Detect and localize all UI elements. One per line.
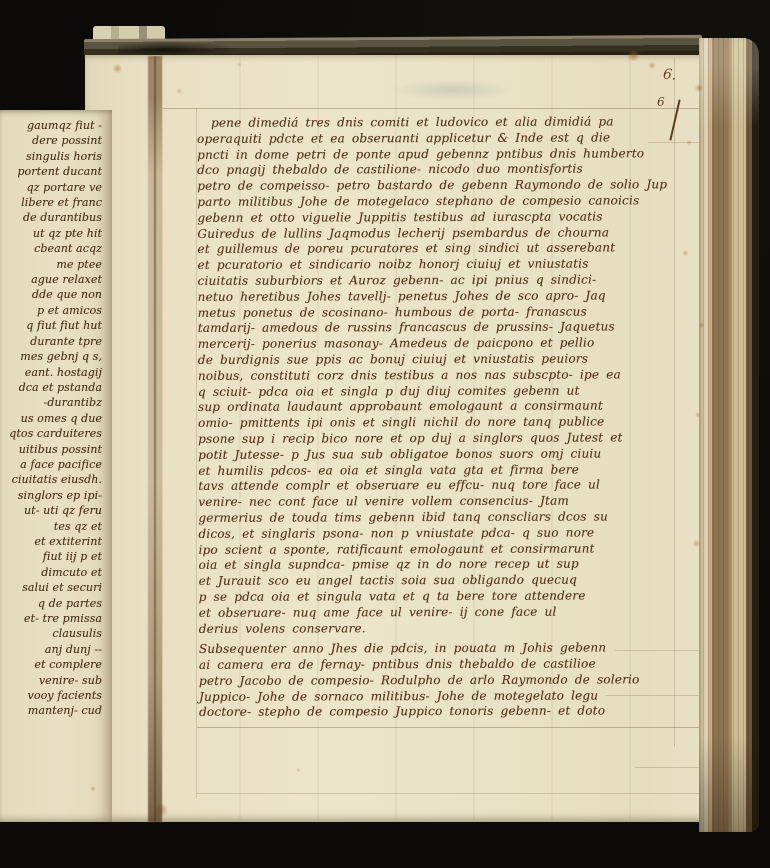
recto-page: 6. 6 pene dimediá tres dnis comiti et lu… bbox=[85, 55, 708, 822]
subsequenter-paragraph: Subsequenter anno Jhes die pdcis, in pou… bbox=[199, 640, 681, 721]
text-line-fragment: dimcuto et bbox=[0, 565, 102, 580]
text-line-fragment: p et amicos bbox=[0, 303, 102, 318]
foxing-spot bbox=[296, 768, 301, 772]
text-line: petro de compeisso- petro bastardo de ge… bbox=[197, 177, 679, 194]
foxing-spot bbox=[648, 62, 656, 69]
text-line-fragment: dere possint bbox=[0, 133, 102, 148]
facing-page-sliver: gaumqz fiut -dere possintsingulis horisp… bbox=[0, 110, 112, 822]
text-line: p se pdca oia et singula vata et q ta be… bbox=[199, 588, 681, 605]
text-line: tamdarij- amedous de russins francascus … bbox=[198, 320, 680, 337]
text-line-fragment: gaumqz fiut - bbox=[0, 118, 102, 133]
folio-number: 6. bbox=[662, 66, 677, 83]
foxing-spot bbox=[112, 64, 123, 73]
text-line-fragment: et complere bbox=[0, 657, 102, 672]
text-line: de burdignis sue ppis ac bonuj ciuiuj et… bbox=[198, 351, 680, 368]
text-line: operaquiti pdcte et ea obseruanti applic… bbox=[197, 130, 679, 147]
text-line-fragment: cbeant acqz bbox=[0, 241, 102, 256]
text-line: germerius de touda tims gebenn ibid tanq… bbox=[198, 509, 680, 526]
text-block: pene dimediá tres dnis comiti et ludovic… bbox=[197, 114, 681, 721]
text-line-fragment: ciuitatis eiusdh. bbox=[0, 472, 102, 487]
text-line-fragment: me ptee bbox=[0, 257, 102, 272]
text-line: q sciuit- pdca oia et singla p duj diuj … bbox=[198, 383, 680, 400]
text-line-fragment: tes qz et bbox=[0, 519, 102, 534]
text-line: netuo heretibus Johes tavellj- penetus J… bbox=[198, 288, 680, 305]
page-stack-streaks bbox=[699, 38, 759, 832]
text-line-fragment: ut qz pte hit bbox=[0, 226, 102, 241]
text-line: psone sup i recip bico nore et op duj a … bbox=[198, 430, 680, 447]
ruling-line-top bbox=[163, 108, 718, 109]
text-line-fragment: us omes q due bbox=[0, 411, 102, 426]
text-line-fragment: de durantibus bbox=[0, 210, 102, 225]
text-line: metus ponetus de scosinano- humbous de p… bbox=[198, 304, 680, 321]
text-line-fragment: a face pacifice bbox=[0, 457, 102, 472]
text-line-fragment: durante tpre bbox=[0, 334, 102, 349]
text-line-fragment: uitibus possint bbox=[0, 442, 102, 457]
text-line: pncti in dome petri de ponte apud gebenn… bbox=[197, 146, 679, 163]
text-line-fragment: portent ducant bbox=[0, 164, 102, 179]
text-line-fragment: qz portare ve bbox=[0, 180, 102, 195]
foxing-spot bbox=[90, 786, 96, 791]
text-line: derius volens conservare. bbox=[199, 620, 681, 637]
text-line: oia et singla supndca- pmise qz in do no… bbox=[198, 556, 680, 573]
text-line: tavs attende complr et obseruare eu effc… bbox=[198, 477, 680, 494]
text-line: et pcuratorio et sindicario noibz honorj… bbox=[197, 256, 679, 273]
text-line-fragment: anj dunj -- bbox=[0, 642, 102, 657]
foxing-spot bbox=[150, 804, 170, 816]
text-line: potit Jutesse- p Jus sua sub obligatoe b… bbox=[198, 446, 680, 463]
text-line-fragment: clausulis bbox=[0, 626, 102, 641]
text-line: venire- nec cont face ul venire vollem c… bbox=[198, 493, 680, 510]
text-line: Guiredus de lullins Jaqmodus lecherij ps… bbox=[197, 225, 679, 242]
text-line: dco pnagij thebaldo de castilione- nicod… bbox=[197, 162, 679, 179]
text-line: petro Jacobo de compesio- Rodulpho de ar… bbox=[199, 672, 681, 689]
text-line-fragment: ague relaxet bbox=[0, 272, 102, 287]
text-line-fragment: dde que non bbox=[0, 287, 102, 302]
text-line: noibus, constituti corz dnis testibus a … bbox=[198, 367, 680, 384]
text-line: ciuitatis suburbiors et Auroz gebenn- ac… bbox=[197, 272, 679, 289]
text-line-fragment: libere et franc bbox=[0, 195, 102, 210]
text-line-fragment: venire- sub bbox=[0, 673, 102, 688]
text-line-fragment: et- tre pmissa bbox=[0, 611, 102, 626]
gutter-fold bbox=[148, 56, 162, 822]
text-line-fragment: salui et securi bbox=[0, 580, 102, 595]
foxing-spot bbox=[626, 50, 641, 61]
foxing-spot bbox=[698, 322, 705, 328]
text-line-fragment: -durantibz bbox=[0, 395, 102, 410]
text-line: Subsequenter anno Jhes die pdcis, in pou… bbox=[199, 640, 681, 657]
foxing-spot bbox=[694, 84, 704, 92]
folio-number-alt: 6 bbox=[657, 95, 665, 109]
ruling-line-foot bbox=[197, 727, 710, 728]
entry-paragraph: pene dimediá tres dnis comiti et ludovic… bbox=[197, 114, 681, 637]
foxing-spot bbox=[176, 88, 183, 94]
foxing-spot bbox=[686, 140, 692, 145]
text-line: et humilis pdcos- ea oia et singla vata … bbox=[198, 462, 680, 479]
text-line-fragment: mantenj- cud bbox=[0, 703, 102, 718]
foxing-spot bbox=[695, 412, 701, 418]
text-line-fragment: ut- uti qz feru bbox=[0, 503, 102, 518]
text-line-fragment: fiut iij p et bbox=[0, 549, 102, 564]
text-line-fragment: vooy facients bbox=[0, 688, 102, 703]
fore-edge bbox=[699, 38, 759, 832]
text-line: pene dimediá tres dnis comiti et ludovic… bbox=[197, 114, 679, 131]
text-line-fragment: q de partes bbox=[0, 596, 102, 611]
text-line-fragment: mes gebnj q s, bbox=[0, 349, 102, 364]
text-line: sup ordinata laudaunt approbaunt emologa… bbox=[198, 399, 680, 416]
text-line: et Jurauit sco eu angel tactis soia sua … bbox=[199, 572, 681, 589]
text-line-fragment: et extiterint bbox=[0, 534, 102, 549]
ink-smudge bbox=[390, 79, 515, 101]
text-line-fragment: q fiut fiut hut bbox=[0, 318, 102, 333]
text-line: Juppico- Johe de sornaco militibus- Johe… bbox=[199, 688, 681, 705]
text-line: et obseruare- nuq ame face ul venire- ij… bbox=[199, 604, 681, 621]
text-line: omio- pmittents ipi onis et singli nichi… bbox=[198, 414, 680, 431]
ruling-line-foot-3 bbox=[197, 793, 712, 794]
foxing-spot bbox=[692, 540, 701, 547]
text-line: parto militibus Johe de motegelaco steph… bbox=[197, 193, 679, 210]
text-line: et guillemus de poreu pcuratores et sing… bbox=[197, 241, 679, 258]
text-line: doctore- stepho de compesio Juppico tono… bbox=[199, 704, 681, 721]
text-line-fragment: eant. hostagij bbox=[0, 365, 102, 380]
text-line-fragment: dca et pstanda bbox=[0, 380, 102, 395]
text-line: mercerij- ponerius masonay- Amedeus de p… bbox=[198, 335, 680, 352]
text-line: ai camera era de fernay- pntibus dnis th… bbox=[199, 656, 681, 673]
text-line: dicos, et singlaris psona- non p vniusta… bbox=[198, 525, 680, 542]
text-line-fragment: singulis horis bbox=[0, 149, 102, 164]
manuscript-photo: 6. 6 pene dimediá tres dnis comiti et lu… bbox=[0, 0, 770, 868]
foxing-spot bbox=[682, 250, 689, 256]
foxing-spot bbox=[236, 62, 242, 67]
text-line-fragment: qtos carduiteres bbox=[0, 426, 102, 441]
text-line-fragment: singlors ep ipi- bbox=[0, 488, 102, 503]
facing-page-text: gaumqz fiut -dere possintsingulis horisp… bbox=[0, 118, 102, 719]
text-line: ipo scient a sponte, ratificaunt emologa… bbox=[198, 541, 680, 558]
text-line: gebenn et otto viguelie Juppitis testibu… bbox=[197, 209, 679, 226]
